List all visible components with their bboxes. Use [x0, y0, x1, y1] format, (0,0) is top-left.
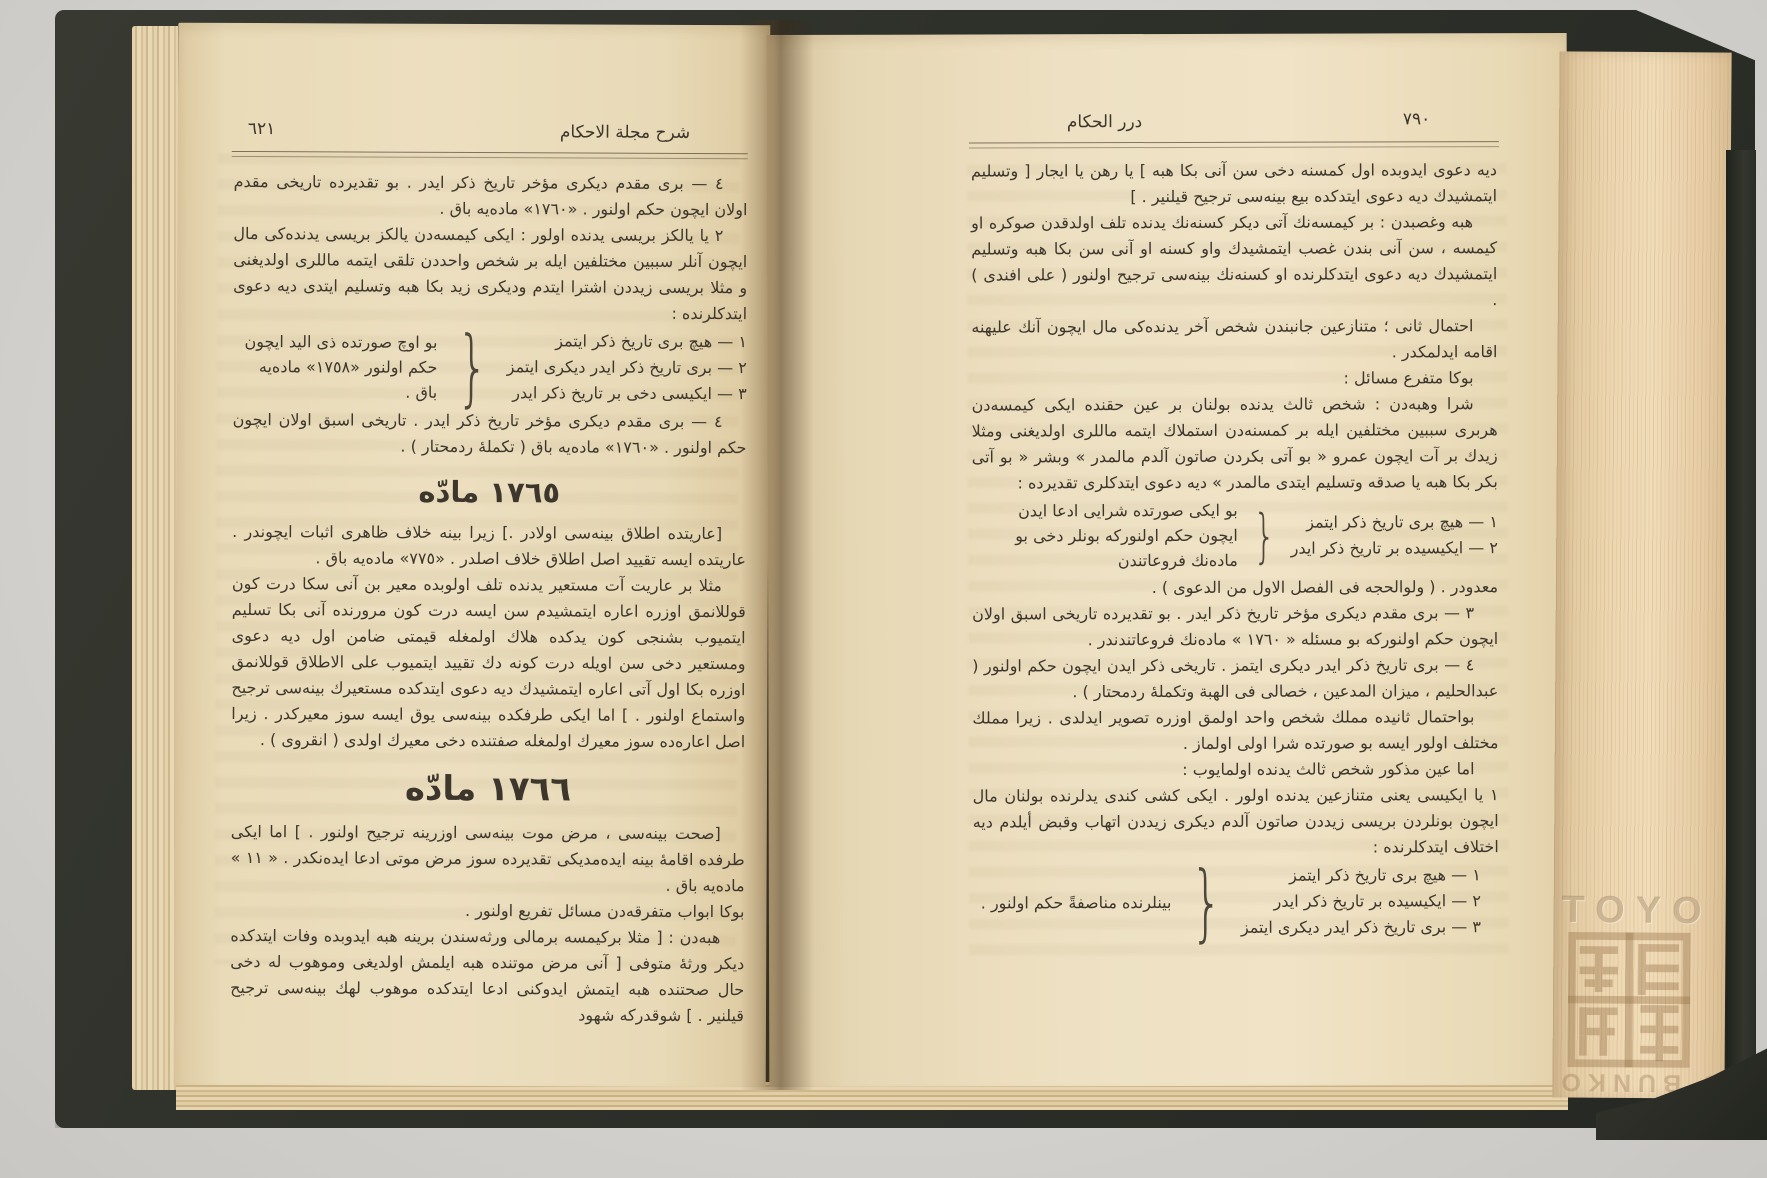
brace-group: ١ — هيچ برى تاريخ ذكر ايتمز ٢ — ايكيسيده… [972, 497, 1498, 573]
brace-note: بينلرنده مناصفةً حكم اولنور . [973, 889, 1172, 915]
header-rule [232, 151, 748, 159]
paragraph: ٤ — برى تاريخ ذكر ايدر ديكرى ايتمز . تار… [972, 652, 1498, 705]
cover-right-edge [1726, 150, 1756, 1090]
brace-note: بو ايكى صورتده شرايى ادعا ايدن ايچون حكم… [976, 498, 1238, 574]
paragraph: معدودر . ( ولوالحجه فى الفصل الاول من ال… [972, 574, 1498, 601]
paragraph: بواحتمال ثانيده مملك شخص واحد اولمق اوزر… [972, 704, 1498, 757]
library-watermark: TOYO BUNKO [1561, 889, 1731, 936]
paragraph: احتمال ثانى ؛ متنازعين جانبندن شخص آخر ي… [971, 313, 1497, 366]
page-number: ٦٢١ [248, 119, 275, 139]
brace-item: ٣ — ايكيسى دخى بر تاريخ ذكر ايدر [507, 380, 747, 407]
article-1765-heading: ١٧٦٥ مادّه [232, 471, 746, 513]
paragraph: ١ يا ايكيسى يعنى متنازعين يدنده اولور . … [973, 782, 1499, 861]
book-photo: ٦٢١ شرح مجلة الاحكام ٤ — برى مقدم ديكرى … [0, 0, 1767, 1178]
curly-brace-icon: { [1190, 863, 1222, 941]
paragraph: هبه‌دن : [ مثلا بركيمسه برمالى ورثه‌سندن… [230, 923, 744, 1029]
paragraph: بوكا ابواب متفرقه‌دن مسائل تفريع اولنور … [230, 897, 744, 925]
paragraph: هبه وغصبدن : بر كيمسه‌نك آتى ديكر كسنه‌ن… [971, 209, 1497, 314]
brace-item: ١ — هيچ برى تاريخ ذكر ايتمز [507, 328, 747, 355]
article-1766-heading: ١٧٦٦ مادّه [231, 765, 745, 813]
paragraph: شرا وهبه‌دن : شخص ثالث يدنده بولنان بر ع… [972, 391, 1498, 496]
toyo-bunko-seal-icon [1565, 929, 1694, 1070]
brace-group: ١ — هيچ برى تاريخ ذكر ايتمز ٢ — برى تاري… [233, 327, 747, 407]
paragraph: مثلا بر عاريت آت مستعير يدنده تلف اولوبد… [231, 571, 746, 755]
brace-note: بو اوچ صورتده ذى اليد ايچون حكم اولنور «… [233, 328, 438, 404]
left-page-edges [132, 26, 178, 1090]
left-page: ٦٢١ شرح مجلة الاحكام ٤ — برى مقدم ديكرى … [174, 23, 771, 1088]
paragraph: ٤ — برى مقدم ديكرى مؤخر تاريخ ذكر ايدر .… [232, 407, 746, 461]
paragraph: [صحت بينه‌سى ، مرض موت بينه‌سى اوزرينه ت… [231, 819, 745, 899]
brace-item: ٢ — برى تاريخ ذكر ايدر ديكرى ايتمز [507, 354, 747, 381]
paragraph: ٢ يا يالكز بريسى يدنده اولور : ايكى كيمس… [233, 221, 747, 327]
brace-item: ٣ — برى تاريخ ذكر ايدر ديكرى ايتمز [1241, 914, 1481, 941]
paragraph: ٣ — برى مقدم ديكرى مؤخر تاريخ ذكر ايدر .… [972, 600, 1498, 653]
paragraph: [عاريتده اطلاق بينه‌سى اولادر .] زيرا بي… [232, 519, 746, 573]
right-page: درر الحكام ٧٩٠ ديه دعوى ايدوبده اول كمسن… [767, 33, 1570, 1087]
running-title: شرح مجلة الاحكام [560, 122, 690, 143]
paragraph: ٤ — برى مقدم ديكرى مؤخر تاريخ ذكر ايدر .… [233, 169, 747, 223]
fore-edge-pages: TOYO BUNKO TOYO BUNKO [1552, 51, 1731, 1098]
brace-item: ٢ — ايكيسيده بر تاريخ ذكر ايدر [1291, 535, 1498, 562]
brace-group: ١ — هيچ برى تاريخ ذكر ايتمز ٢ — ايكيسيده… [973, 862, 1499, 941]
page-number: ٧٩٠ [1403, 109, 1430, 129]
curly-brace-icon: { [456, 328, 488, 406]
paragraph: اما عين مذكور شخص ثالث يدنده اولمايوب : [973, 756, 1499, 783]
header-rule [969, 141, 1499, 148]
running-title: درر الحكام [1067, 112, 1142, 132]
curly-brace-icon: { [1253, 509, 1275, 561]
paragraph: بوكا متفرع مسائل : [971, 365, 1497, 392]
brace-item: ١ — هيچ برى تاريخ ذكر ايتمز [1291, 509, 1498, 536]
brace-item: ١ — هيچ برى تاريخ ذكر ايتمز [1241, 862, 1481, 889]
brace-item: ٢ — ايكيسيده بر تاريخ ذكر ايدر [1241, 888, 1481, 915]
paragraph: ديه دعوى ايدوبده اول كمسنه دخى سن آنى بك… [971, 157, 1497, 210]
